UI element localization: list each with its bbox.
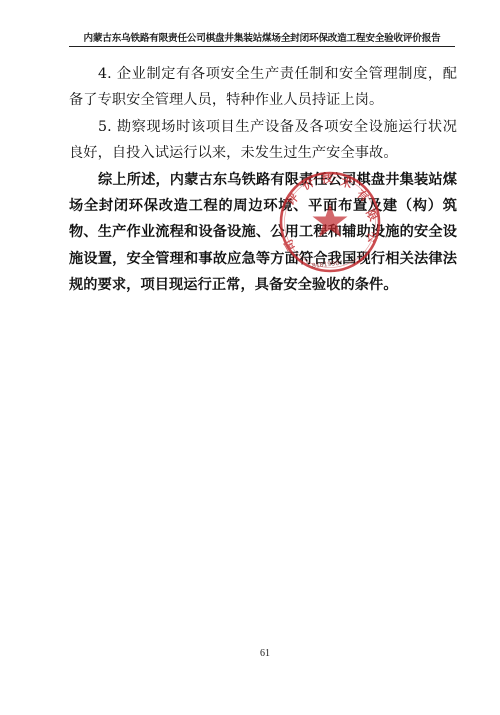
report-header-title: 内蒙古东乌铁路有限责任公司棋盘井集装站煤场全封闭环保改造工程安全验收评价报告: [69, 33, 455, 44]
report-body: 4. 企业制定有各项安全生产责任制和安全管理制度，配备了专职安全管理人员，特种作…: [69, 61, 457, 299]
header-divider: [69, 46, 455, 47]
paragraph-conclusion: 综上所述，内蒙古东乌铁路有限责任公司棋盘井集装站煤场全封闭环保改造工程的周边环境…: [69, 167, 457, 299]
paragraph-item-4: 4. 企业制定有各项安全生产责任制和安全管理制度，配备了专职安全管理人员，特种作…: [69, 61, 457, 114]
paragraph-item-5: 5. 勘察现场时该项目生产设备及各项安全设施运行状况良好，自投入试运行以来，未发…: [69, 114, 457, 167]
document-page: 内蒙古东乌铁路有限责任公司棋盘井集装站煤场全封闭环保改造工程安全验收评价报告 4…: [0, 0, 500, 715]
page-number: 61: [250, 648, 280, 659]
